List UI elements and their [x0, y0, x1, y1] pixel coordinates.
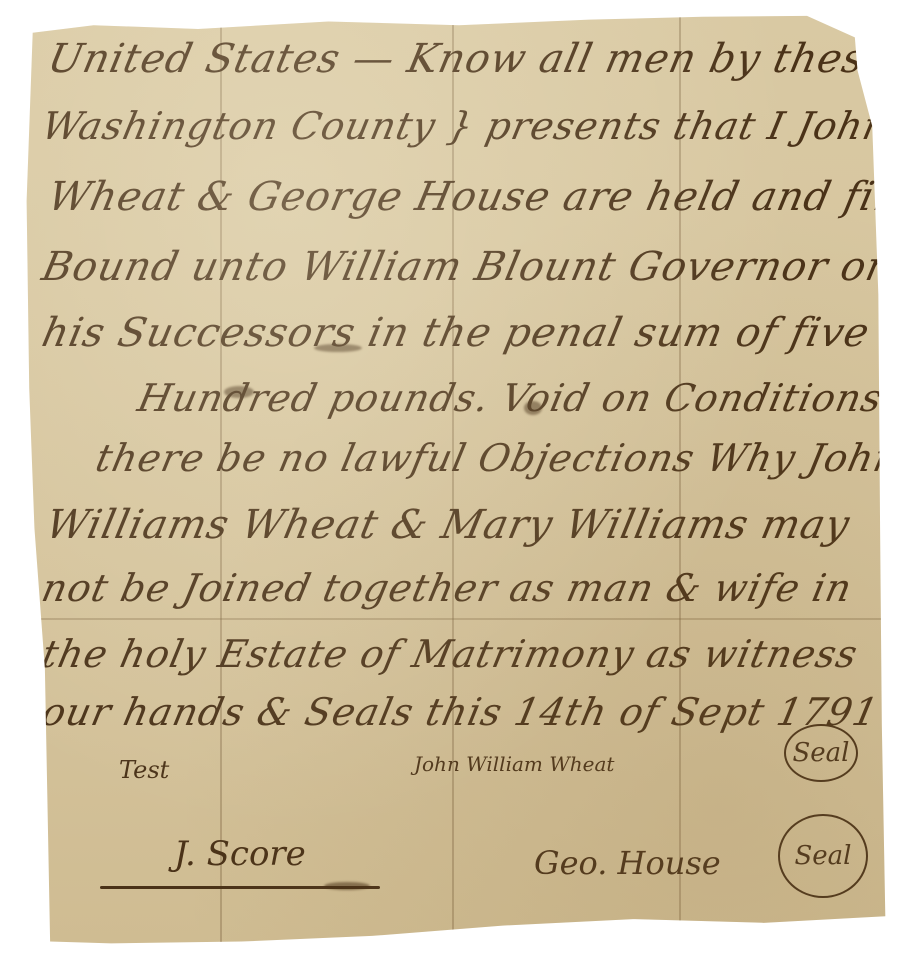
manuscript-line-11: our hands & Seals this 14th of Sept 1791: [38, 690, 883, 734]
fold-crease-vertical: [452, 14, 454, 949]
manuscript-line-7: there be no lawful Objections Why John: [92, 436, 904, 480]
witness-underline: [100, 886, 380, 889]
manuscript-line-5: his Successors in the penal sum of five: [38, 310, 874, 356]
seal-1-icon: Seal: [784, 724, 858, 782]
witness-label: Test: [119, 756, 169, 784]
seal-1-label: Seal: [792, 738, 849, 768]
ink-blot: [224, 386, 254, 398]
document-page: United States — Know all men by these Wa…: [24, 14, 894, 949]
seal-2-icon: Seal: [778, 814, 868, 898]
signatory-2-name: Geo. House: [534, 844, 721, 882]
manuscript-line-1: United States — Know all men by these: [44, 36, 894, 82]
ink-blot: [524, 401, 542, 415]
fold-crease-horizontal: [24, 618, 894, 620]
fold-crease-vertical: [679, 14, 681, 949]
manuscript-line-2: Washington County } presents that I John…: [38, 104, 919, 148]
manuscript-line-8: Williams Wheat & Mary Williams may: [42, 502, 854, 548]
manuscript-line-3: Wheat & George House are held and firmly: [44, 174, 919, 220]
manuscript-line-10: the holy Estate of Matrimony as witness: [38, 632, 862, 676]
manuscript-line-9: not be Joined together as man & wife in: [38, 566, 856, 610]
fold-crease-vertical: [220, 14, 222, 949]
ink-blot: [324, 882, 370, 890]
signatory-1-name: John William Wheat: [414, 752, 614, 776]
ink-blot: [314, 344, 362, 352]
witness-signature: J. Score: [174, 834, 306, 874]
manuscript-line-6: Hundred pounds. Void on Conditions that: [134, 376, 919, 420]
manuscript-line-4: Bound unto William Blount Governor or: [38, 244, 891, 290]
seal-2-label: Seal: [794, 841, 851, 871]
